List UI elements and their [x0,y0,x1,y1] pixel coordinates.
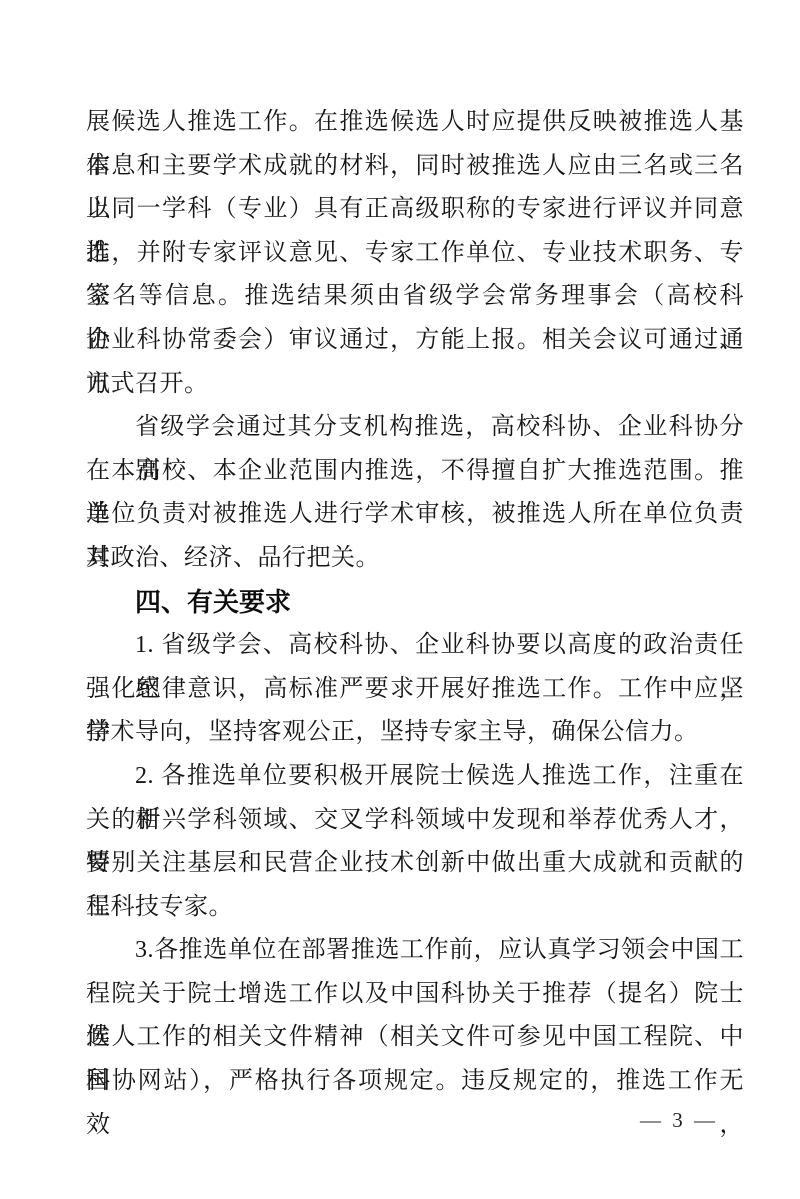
text-line: 在本高校、本企业范围内推选，不得擅自扩大推选范围。推选 [86,450,744,494]
section-heading: 四、有关要求 [86,581,744,625]
text-line: 程科技专家。 [86,886,744,930]
text-line: 省级学会通过其分支机构推选，高校科协、企业科协分别 [86,406,744,450]
text-line: 展候选人推选工作。在推选候选人时应提供反映被推选人基本 [86,101,744,145]
text-line: 学术导向，坚持客观公正，坚持专家主导，确保公信力。 [86,711,744,755]
page-number: — 3 — [640,1108,718,1133]
text-line: 强化纪律意识，高标准严要求开展好推选工作。工作中应坚持 [86,668,744,712]
text-line: 科协网站），严格执行各项规定。违反规定的，推选工作无效， [86,1060,744,1104]
text-line: 单位负责对被推选人进行学术审核，被推选人所在单位负责对 [86,493,744,537]
text-line: 关的新兴学科领域、交叉学科领域中发现和举荐优秀人才，要 [86,799,744,843]
document-page: 展候选人推选工作。在推选候选人时应提供反映被推选人基本信息和主要学术成就的材料，… [0,0,800,1199]
text-line: 其政治、经济、品行把关。 [86,537,744,581]
text-line: 程院关于院士增选工作以及中国科协关于推荐（提名）院士候 [86,973,744,1017]
text-line: 企业科协常委会）审议通过，方能上报。相关会议可通过通讯 [86,319,744,363]
document-body: 展候选人推选工作。在推选候选人时应提供反映被推选人基本信息和主要学术成就的材料，… [86,101,744,1104]
text-line: 上同一学科（专业）具有正高级职称的专家进行评议并同意推 [86,188,744,232]
text-line: 3.各推选单位在部署推选工作前，应认真学习领会中国工 [86,929,744,973]
text-line: 选人工作的相关文件精神（相关文件可参见中国工程院、中国 [86,1016,744,1060]
text-line: 1. 省级学会、高校科协、企业科协要以高度的政治责任感， [86,624,744,668]
text-line: 签名等信息。推选结果须由省级学会常务理事会（高校科协、 [86,275,744,319]
text-line: 特别关注基层和民营企业技术创新中做出重大成就和贡献的工 [86,842,744,886]
text-line: 选，并附专家评议意见、专家工作单位、专业技术职务、专家 [86,232,744,276]
text-line: 方式召开。 [86,363,744,407]
text-line: 2. 各推选单位要积极开展院士候选人推选工作，注重在相 [86,755,744,799]
text-line: 信息和主要学术成就的材料，同时被推选人应由三名或三名以 [86,145,744,189]
